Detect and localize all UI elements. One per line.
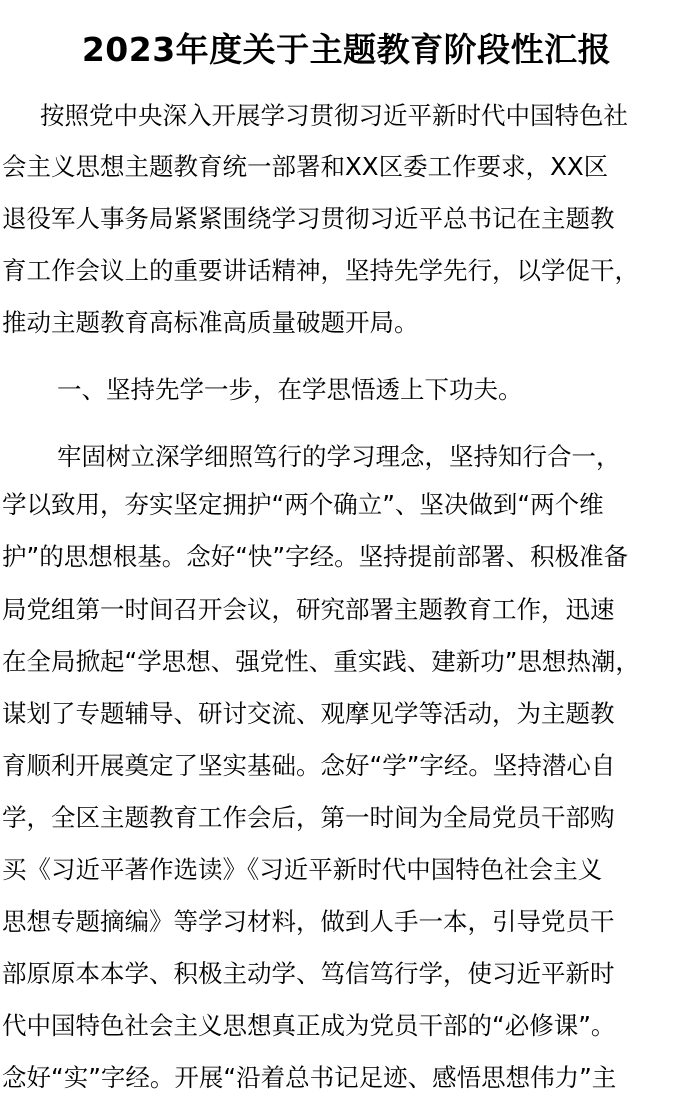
paragraph-line: 推动主题教育高标准高质量破题开局。 — [2, 306, 419, 340]
paragraph-line: 护”的思想根基。念好“快”字经。坚持提前部署、积极准备 — [2, 540, 628, 574]
paragraph-line: 在全局掀起“学思想、强党性、重实践、建新功”思想热潮， — [2, 645, 640, 679]
paragraph-line: 一、坚持先学一步，在学思悟透上下功夫。 — [57, 373, 523, 407]
paragraph-line: 部原原本本学、积极主动学、笃信笃行学，使习近平新时 — [2, 957, 615, 991]
paragraph-line: 会主义思想主题教育统一部署和XX区委工作要求，XX区 — [2, 150, 608, 184]
paragraph-line: 代中国特色社会主义思想真正成为党员干部的“必修课”。 — [2, 1009, 615, 1043]
paragraph-line: 局党组第一时间召开会议，研究部署主题教育工作，迅速 — [2, 593, 615, 627]
paragraph-line: 退役军人事务局紧紧围绕学习贯彻习近平总书记在主题教 — [2, 202, 615, 236]
document-title: 2023年度关于主题教育阶段性汇报 — [0, 28, 693, 72]
paragraph-line: 学以致用，夯实坚定拥护“两个确立”、坚决做到“两个维 — [2, 488, 604, 522]
paragraph-line: 念好“实”字经。开展“沿着总书记足迹、感悟思想伟力”主 — [2, 1061, 616, 1095]
paragraph-line: 按照党中央深入开展学习贯彻习近平新时代中国特色社 — [40, 99, 628, 133]
paragraph-line: 育工作会议上的重要讲话精神，坚持先学先行，以学促干， — [2, 254, 639, 288]
paragraph-line: 牢固树立深学细照笃行的学习理念，坚持知行合一， — [57, 440, 621, 474]
paragraph-line: 买《习近平著作选读》《习近平新时代中国特色社会主义 — [2, 853, 602, 887]
paragraph-line: 学，全区主题教育工作会后，第一时间为全局党员干部购 — [2, 801, 615, 835]
paragraph-line: 思想专题摘编》等学习材料，做到人手一本，引导党员干 — [2, 905, 615, 939]
paragraph-line: 育顺利开展奠定了坚实基础。念好“学”字经。坚持潜心自 — [2, 749, 615, 783]
paragraph-line: 谋划了专题辅导、研讨交流、观摩见学等活动，为主题教 — [2, 697, 615, 731]
